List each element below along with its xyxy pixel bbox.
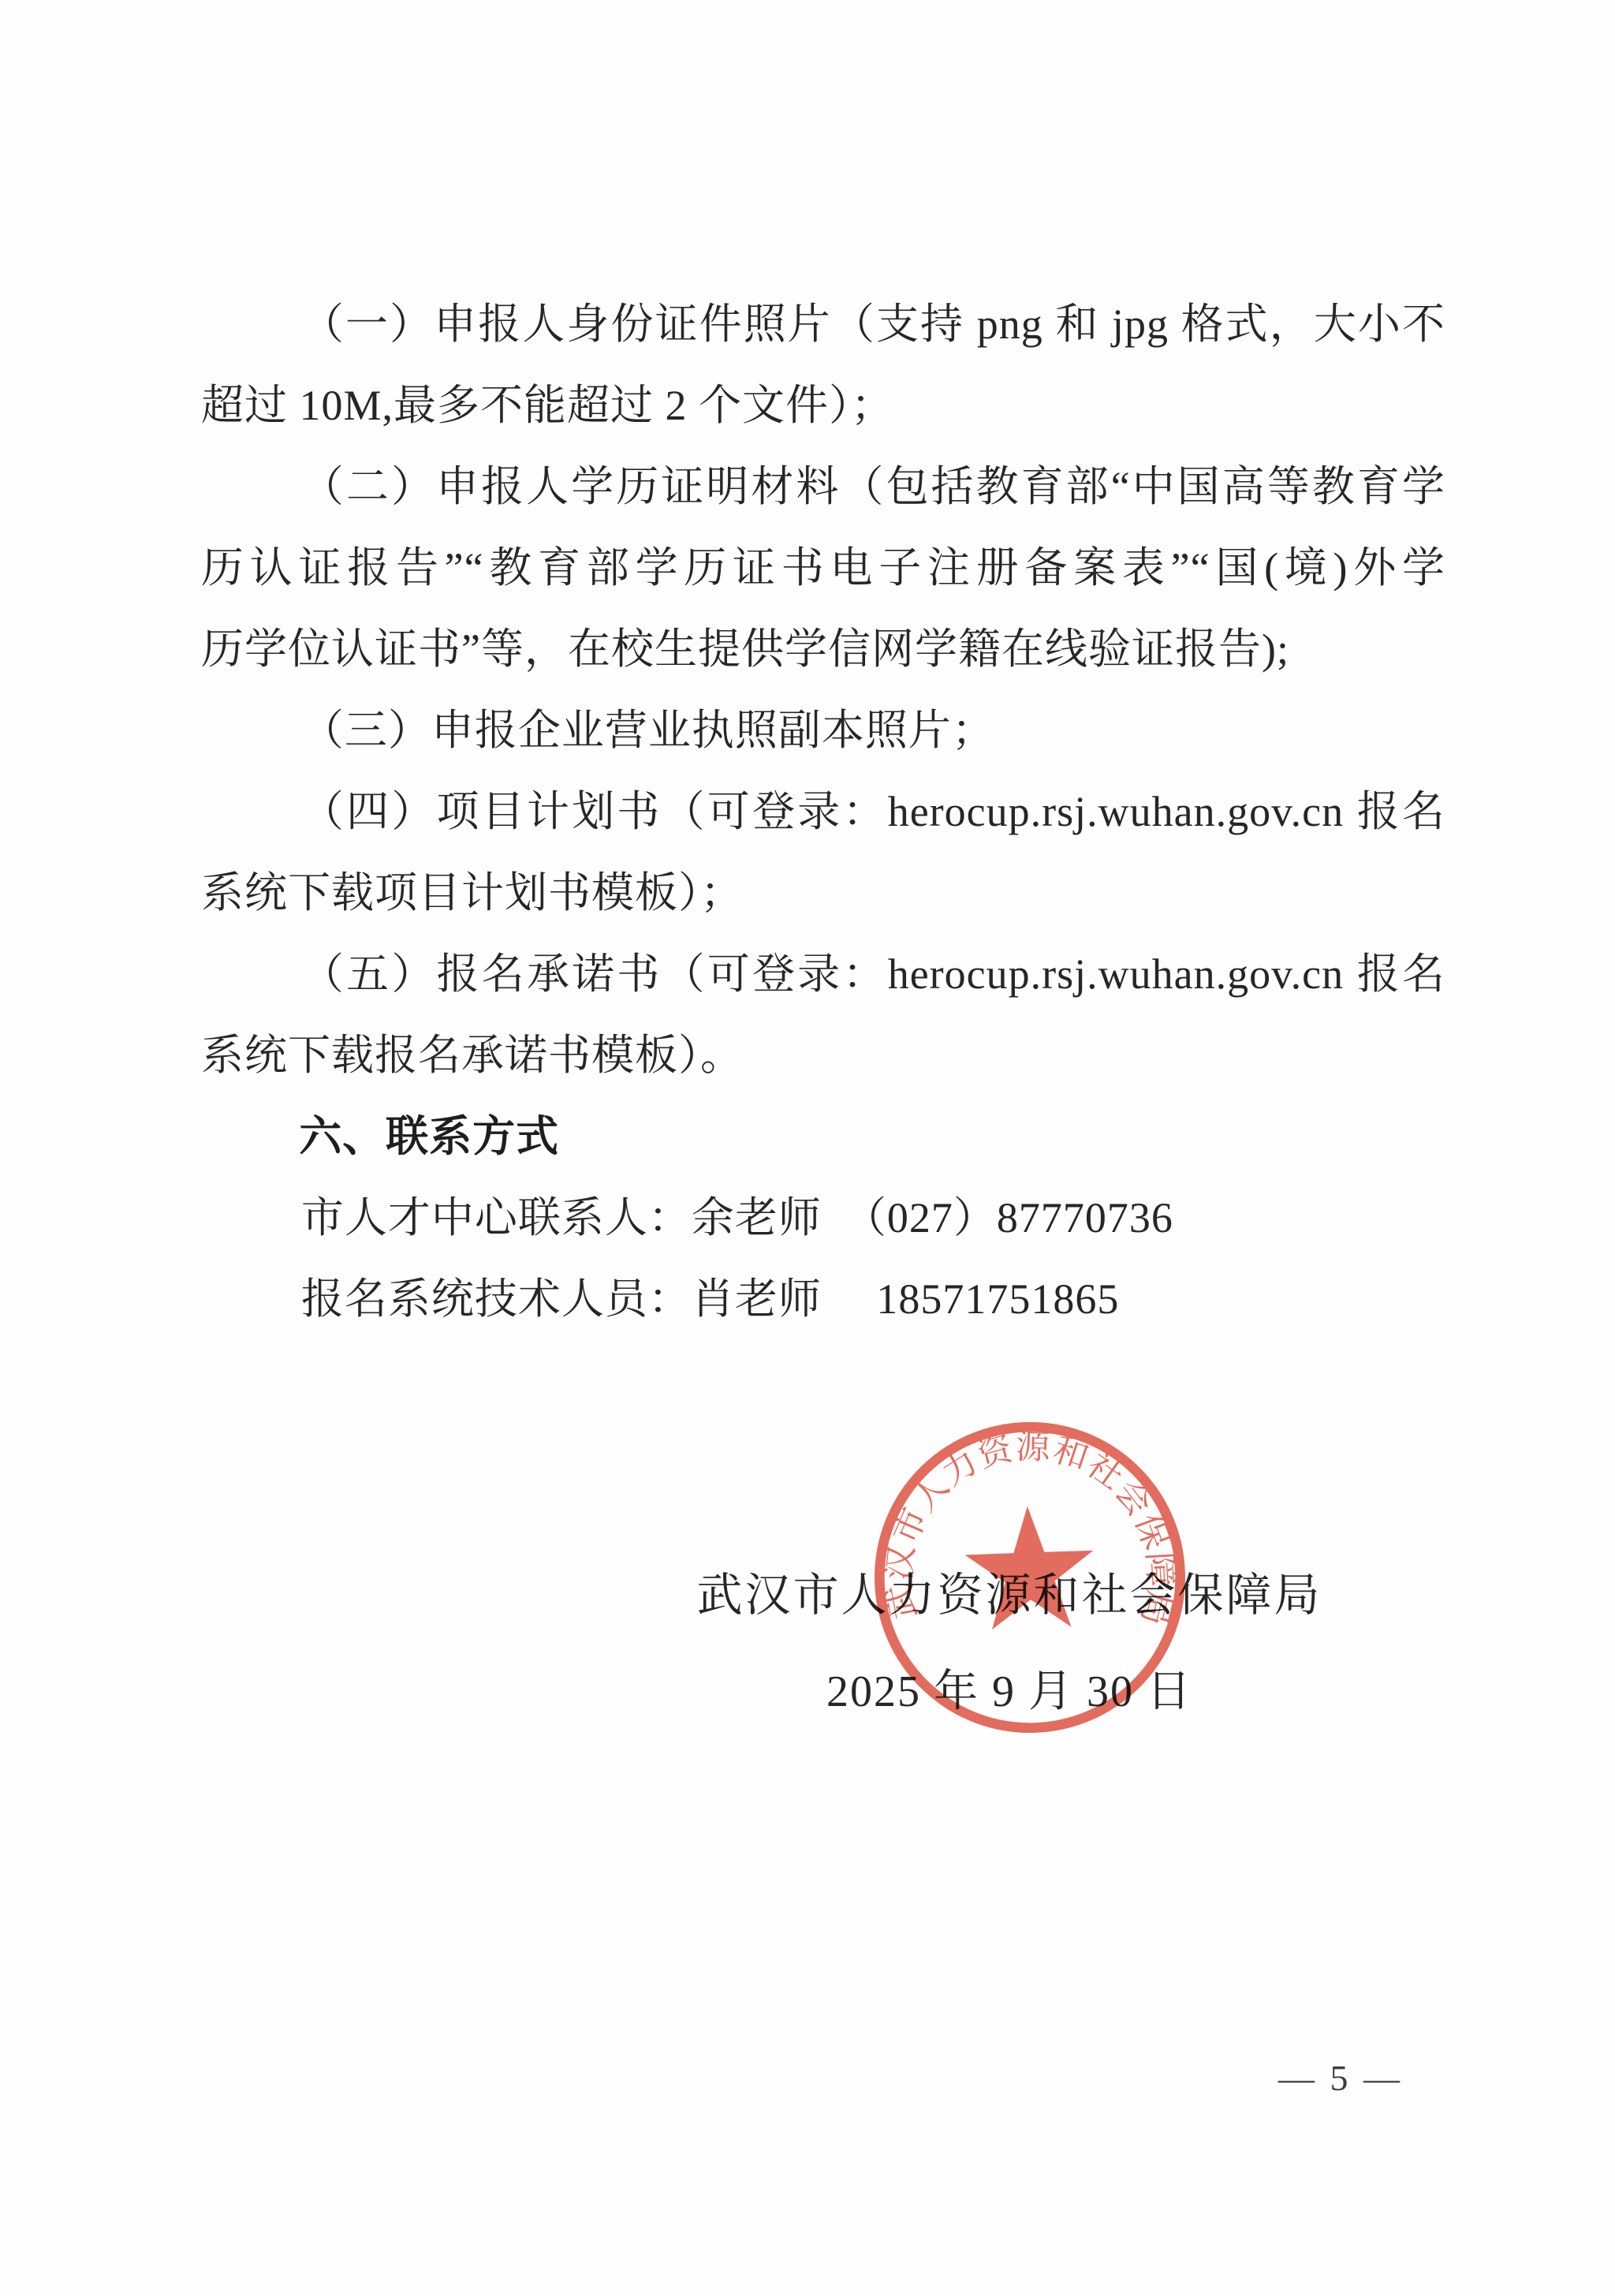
paragraph-line: 系统下载项目计划书模板）；: [201, 853, 1445, 934]
paragraph-line: 历认证报告”“教育部学历证书电子注册备案表”“国(境)外学: [201, 528, 1445, 609]
paragraph-line: 历学位认证书”等，在校生提供学信网学籍在线验证报告);: [201, 609, 1445, 690]
document-body: （一）申报人身份证件照片（支持 png 和 jpg 格式，大小不超过 10M,最…: [201, 284, 1445, 1340]
document-page: （一）申报人身份证件照片（支持 png 和 jpg 格式，大小不超过 10M,最…: [0, 0, 1615, 2296]
paragraph-line: （二）申报人学历证明材料（包括教育部“中国高等教育学: [201, 446, 1445, 528]
page-number: — 5 —: [1246, 2057, 1435, 2099]
paragraph-line: （三）申报企业营业执照副本照片；: [201, 690, 1445, 771]
contact-line-tech-support: 报名系统技术人员：肖老师 18571751865: [201, 1259, 1445, 1340]
paragraph-line: 超过 10M,最多不能超过 2 个文件）；: [201, 365, 1445, 446]
section-heading: 六、联系方式: [201, 1096, 1445, 1178]
seal-star-icon: [963, 1504, 1095, 1630]
paragraph-line: 系统下载报名承诺书模板）。: [201, 1015, 1445, 1096]
paragraph-line: （一）申报人身份证件照片（支持 png 和 jpg 格式，大小不: [201, 284, 1445, 365]
paragraph-line: （四）项目计划书（可登录：herocup.rsj.wuhan.gov.cn 报名: [201, 771, 1445, 853]
paragraph-list: （一）申报人身份证件照片（支持 png 和 jpg 格式，大小不超过 10M,最…: [201, 284, 1445, 1096]
paragraph-line: （五）报名承诺书（可登录：herocup.rsj.wuhan.gov.cn 报名: [201, 934, 1445, 1015]
official-seal: 武汉市人力资源和社会保障局: [856, 1403, 1205, 1753]
contact-line-talent-center: 市人才中心联系人：余老师 （027）87770736: [201, 1178, 1445, 1259]
